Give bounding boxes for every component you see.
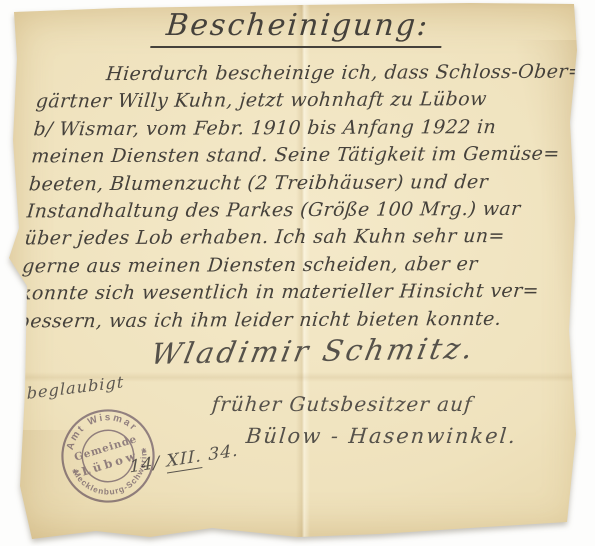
body-line: konnte sich wesentlich in materieller Hi… xyxy=(19,278,566,308)
body-line: über jedes Lob erhaben. Ich sah Kuhn seh… xyxy=(23,223,570,253)
official-rubber-stamp: Amt Wismar Mecklenburg-Schwerin ✱ ✱ Geme… xyxy=(50,398,166,514)
body-line: b/ Wismar, vom Febr. 1910 bis Anfang 192… xyxy=(32,113,579,143)
document-title: Bescheinigung: xyxy=(0,8,595,48)
signature-role-line1: früher Gutsbesitzer auf xyxy=(211,392,474,416)
document-body: Hierdurch bescheinige ich, dass Schloss-… xyxy=(17,59,585,336)
body-line: gerne aus meinen Diensten scheiden, aber… xyxy=(21,250,568,280)
body-line: meinen Diensten stand. Seine Tätigkeit i… xyxy=(30,141,577,171)
signature: Wladimir Schmitz. xyxy=(148,331,479,371)
signature-role-line2: Bülow - Hasenwinkel. xyxy=(245,424,518,448)
document-title-text: Bescheinigung: xyxy=(150,8,444,48)
body-line: Hierdurch bescheinige ich, dass Schloss-… xyxy=(37,59,584,89)
document-paper: Bescheinigung: Hierdurch bescheinige ich… xyxy=(0,0,595,546)
body-line: bessern, was ich ihm leider nicht bieten… xyxy=(17,305,564,335)
body-line: Instandhaltung des Parkes (Größe 100 Mrg… xyxy=(26,196,573,226)
body-line: gärtner Willy Kuhn, jetzt wohnhaft zu Lü… xyxy=(35,86,582,116)
paper-shadow: Bescheinigung: Hierdurch bescheinige ich… xyxy=(0,0,595,546)
body-line: beeten, Blumenzucht (2 Treibhäuser) und … xyxy=(28,168,575,198)
